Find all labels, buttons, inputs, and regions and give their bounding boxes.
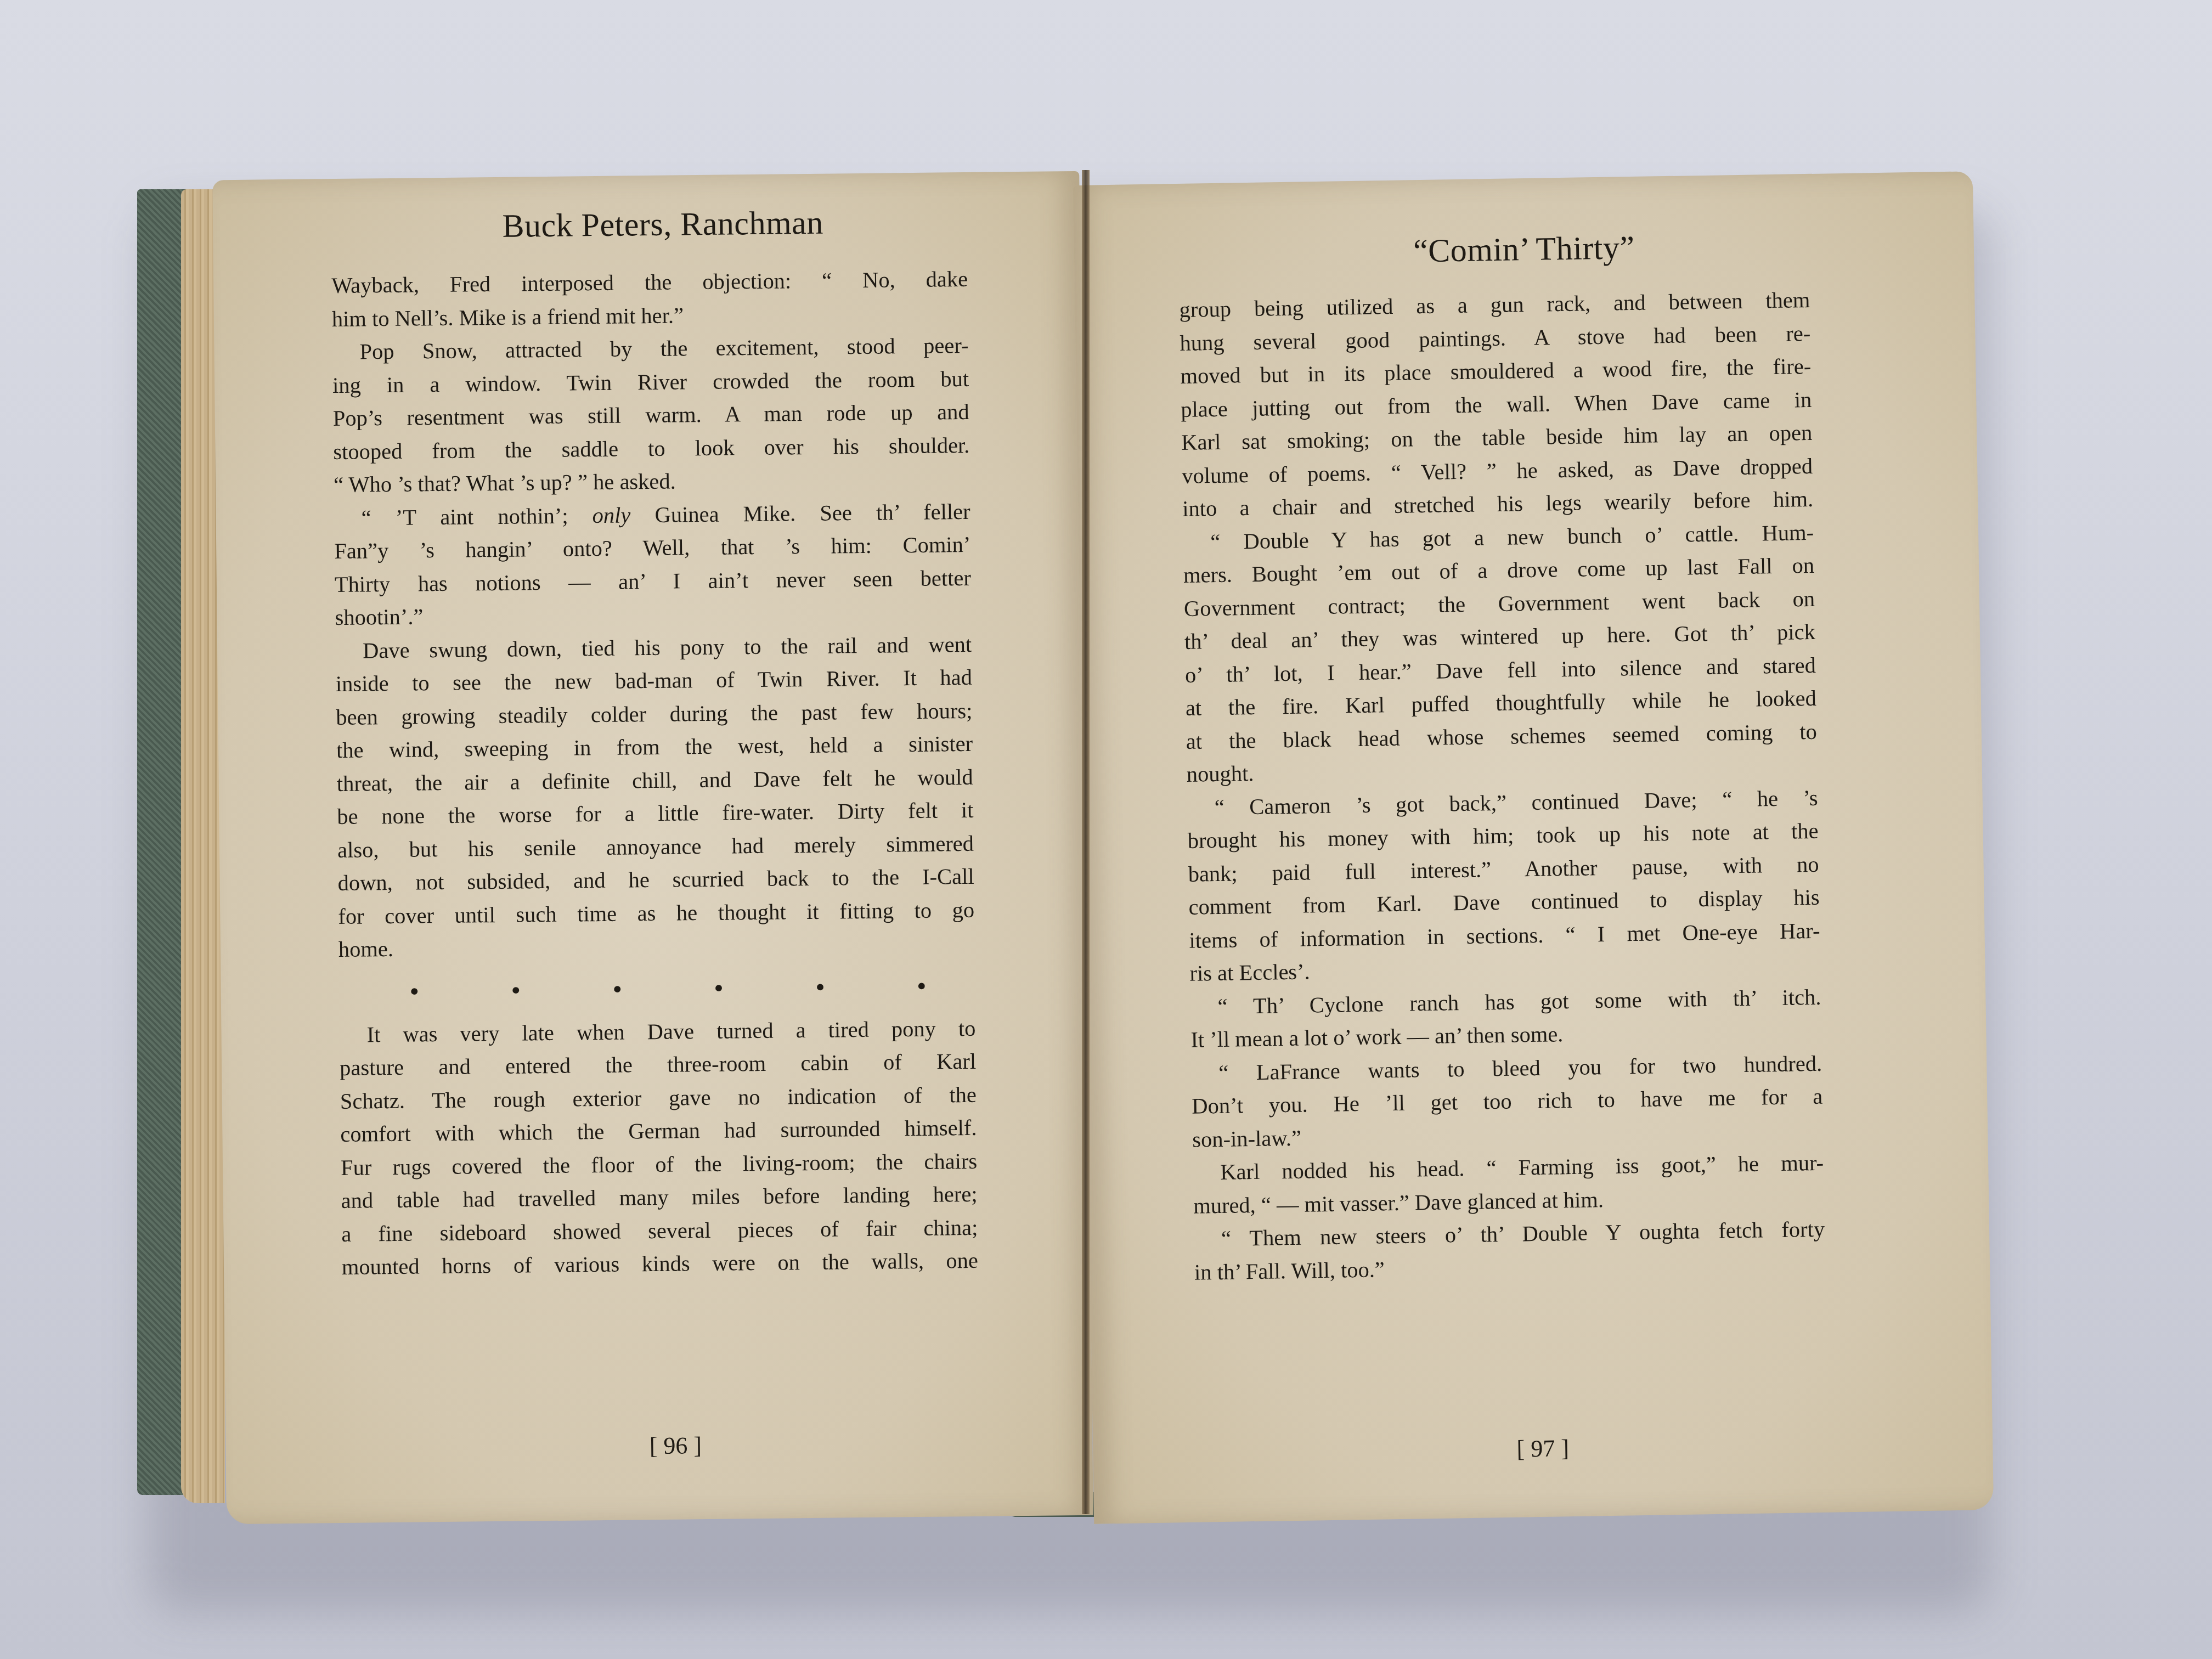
text-line: Pop’s resentment was still warm. A man r… [332,396,969,436]
page-number-right: [ 97 ] [1093,1427,1993,1470]
break-dot: • [714,972,723,1005]
right-page-body: group being utilized as a gun rack, and … [1179,284,1825,1289]
book-gutter [1082,170,1090,1514]
left-page-body: Wayback, Fred interposed the objection: … [331,263,978,1284]
italic-word: only [592,503,630,528]
text-line: Pop Snow, attracted by the excitement, s… [332,329,969,369]
text-line: mounted horns of various kinds were on t… [342,1244,979,1284]
text-line: Fan”y ’s hangin’ onto? Well, that ’s him… [334,528,971,568]
text-line: Wayback, Fred interposed the objection: … [331,263,968,303]
text-line: be none the worse for a little fire-wate… [337,794,974,834]
section-break: • • • • • • [338,960,975,1018]
left-page: Buck Peters, Ranchman Wayback, Fred inte… [212,171,1093,1524]
text-line: for cover until such time as he thought … [338,893,975,933]
break-dot: • [917,970,926,1003]
text-fragment: Guinea Mike. See th’ feller [630,499,970,527]
right-page: “Comin’ Thirty” group being utilized as … [1073,171,1994,1523]
break-dot: • [613,973,622,1006]
running-head-right: “Comin’ Thirty” [1074,223,1974,275]
text-line: inside to see the new bad-man of Twin Ri… [336,661,973,701]
break-dot: • [410,975,419,1008]
text-line: stooped from the saddle to look over his… [333,428,970,469]
text-line: pasture and entered the three-room cabin… [340,1045,977,1085]
text-line: down, not subsided, and he scurried back… [337,860,974,900]
running-head-left: Buck Peters, Ranchman [213,201,1097,248]
break-dot: • [816,970,825,1004]
text-line: the wind, sweeping in from the west, hel… [336,727,973,768]
text-line: and table had travelled many miles befor… [341,1178,978,1218]
book-cover-cloth [137,189,187,1495]
page-number-left: [ 96 ] [225,1427,1109,1464]
break-dot: • [511,974,520,1007]
text-line: comfort with which the German had surrou… [340,1111,977,1152]
text-fragment: “ ’T aint nothin’; [361,503,592,530]
text-line: Thirty has notions — an’ I ain’t never s… [335,561,972,601]
